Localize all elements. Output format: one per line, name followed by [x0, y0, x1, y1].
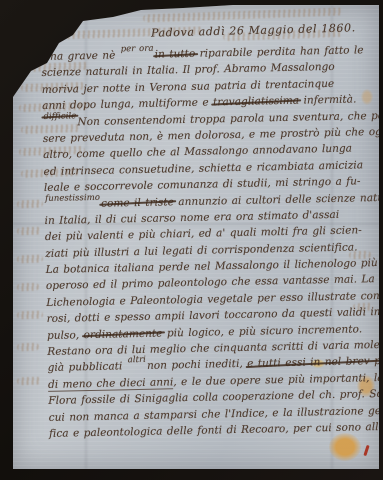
- line-text: già pubblicati: [48, 361, 127, 375]
- stain: [329, 433, 361, 461]
- line-text: pulso,: [47, 329, 84, 342]
- line-text: più logico, e più sicuro incremento.: [162, 323, 362, 339]
- line-text: infermità.: [299, 94, 357, 107]
- line-text: riparabile perdita han fatto le: [195, 44, 364, 60]
- bleed-through-mark: [17, 311, 43, 320]
- line-text: annunzio ai cultori delle scienze natura…: [174, 191, 379, 208]
- bleed-through-mark: [17, 255, 43, 264]
- letter-photograph: { "document": { "kind": "handwritten let…: [0, 0, 383, 480]
- inserted-word: per ora: [121, 45, 154, 54]
- line-text: anni dopo lunga, multiforme e: [42, 97, 213, 113]
- struck-word: in tutto: [155, 48, 196, 61]
- letter-body: Una grave nè per orain tutto riparabile …: [41, 42, 379, 442]
- red-mark: [363, 445, 369, 456]
- underlined-text: di meno che dieci anni: [48, 376, 174, 392]
- inserted-word: funestissimo: [45, 193, 100, 202]
- letter-paper: Padova addì 26 Maggio del 1860. Una grav…: [13, 5, 379, 469]
- struck-word: come il triste: [101, 196, 174, 210]
- struck-word: travagliatissima: [213, 95, 299, 109]
- line-text: , e le due opere sue più importanti, la: [173, 372, 379, 388]
- struck-word: e tutti essi in nel brev periodo: [247, 355, 379, 371]
- struck-inserted-word: difficile: [43, 112, 76, 121]
- bleed-through-mark: [17, 283, 39, 292]
- line-text: non pochi inediti,: [147, 358, 247, 372]
- inserted-word: altri: [128, 356, 146, 364]
- bleed-through-mark: [17, 200, 43, 209]
- struck-word: ordinatamente: [83, 327, 162, 341]
- bleed-through-mark: [17, 343, 39, 352]
- bleed-through-mark: [17, 227, 41, 236]
- bleed-through-mark: [17, 377, 41, 386]
- bleed-through-mark: [143, 8, 343, 23]
